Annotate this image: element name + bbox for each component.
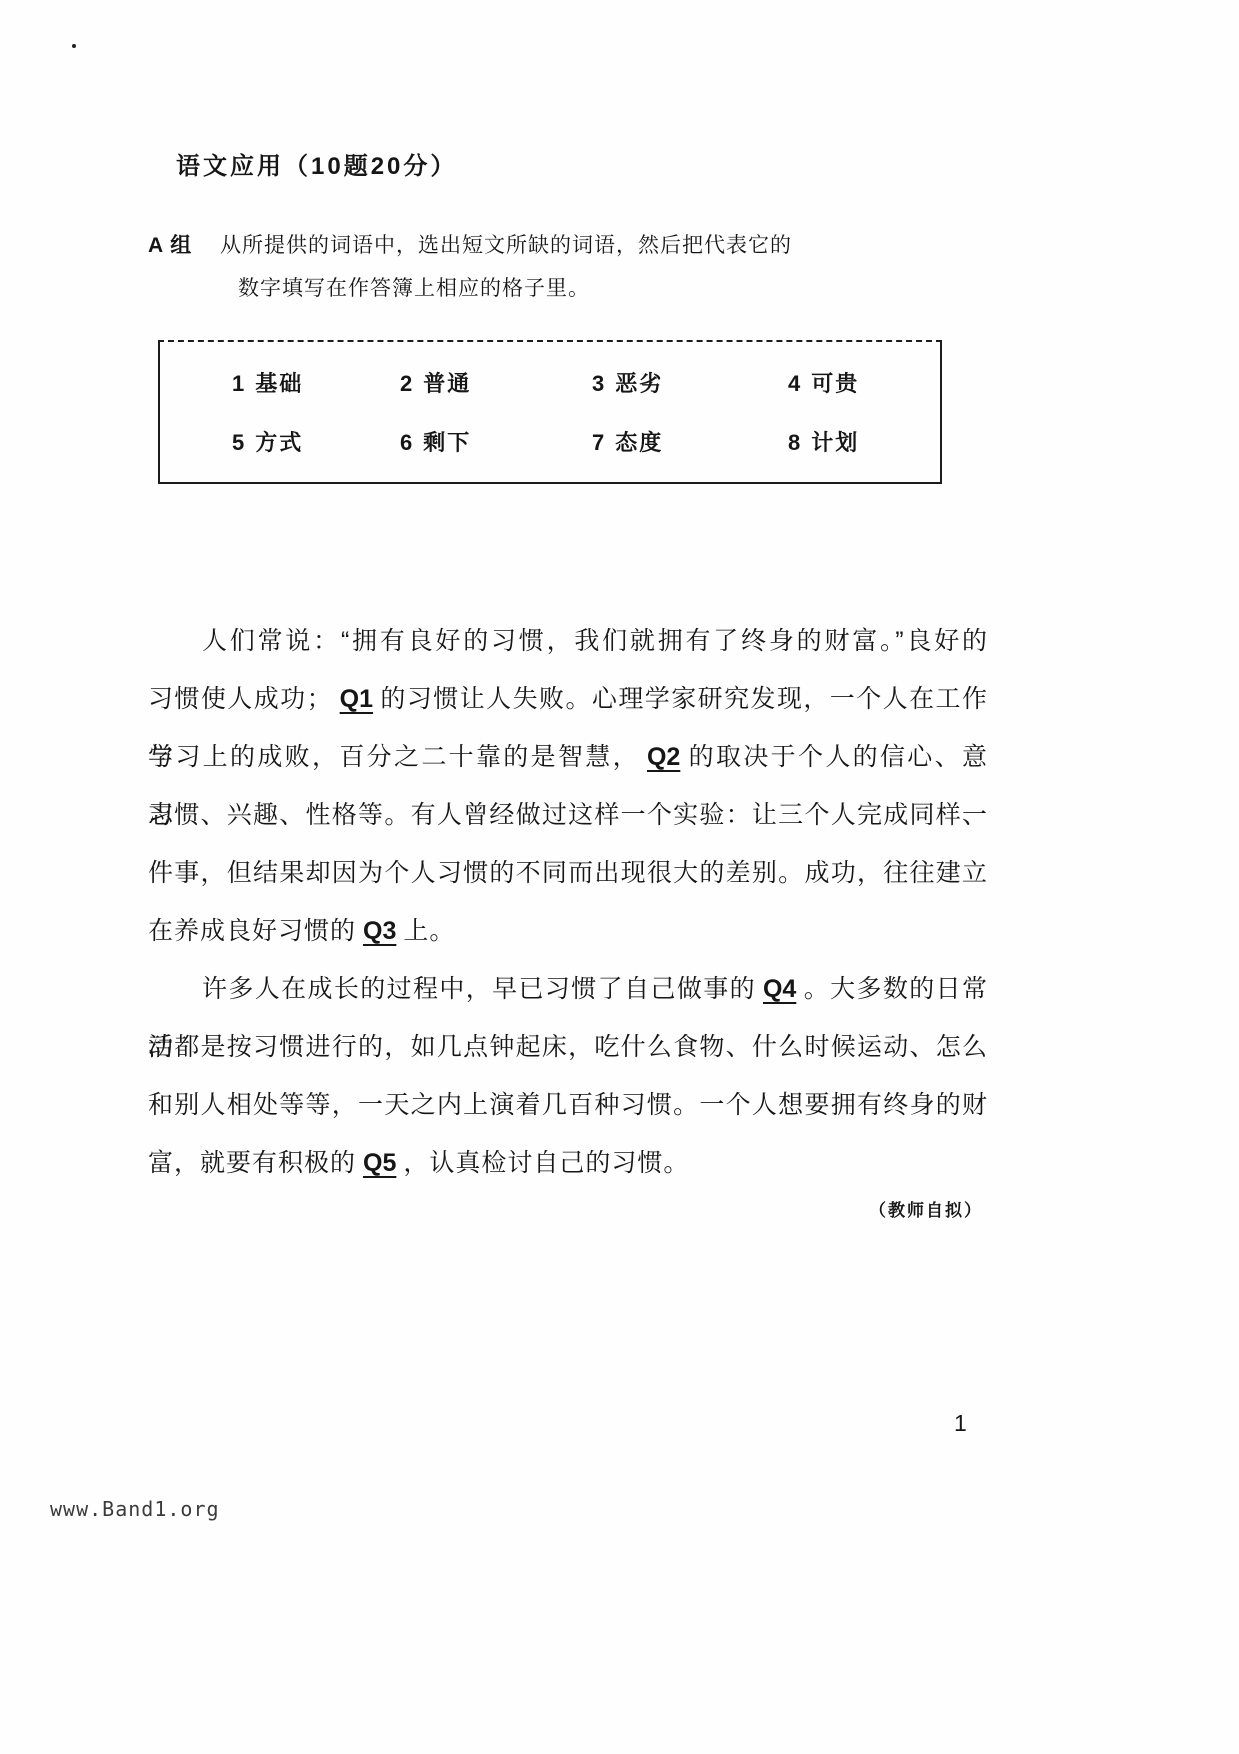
- blank-q5: Q5: [363, 1149, 396, 1177]
- word-bank-word: 态度: [615, 430, 663, 455]
- word-bank-word: 方式: [255, 430, 303, 455]
- watermark-url: www.Band1.org: [50, 1497, 220, 1521]
- instruction-line-1: 从所提供的词语中，选出短文所缺的词语，然后把代表它的: [220, 224, 792, 267]
- blank-q2: Q2: [647, 743, 680, 771]
- scanned-exam-page: 语文应用（10题20分） A 组 从所提供的词语中，选出短文所缺的词语，然后把代…: [0, 0, 1239, 1754]
- passage-text: 许多人在成长的过程中，早已习惯了自己做事的: [202, 975, 756, 1003]
- word-bank-number: 3: [592, 371, 606, 396]
- passage-line: 和别人相处等等，一天之内上演着几百种习惯。一个人想要拥有终身的财: [148, 1076, 988, 1134]
- word-bank-word: 可贵: [811, 371, 859, 396]
- blank-q1: Q1: [340, 685, 373, 713]
- passage-text: 习惯使人成功；: [148, 685, 333, 713]
- passage-text: 件事，但结果却因为个人习惯的不同而出现很大的差别。成功，往往建立: [148, 859, 988, 887]
- passage: 人们常说：“拥有良好的习惯，我们就拥有了终身的财富。”良好的习惯使人成功；Q1的…: [148, 612, 988, 1192]
- attribution-note: （教师自拟）: [869, 1196, 983, 1221]
- word-bank-word: 剩下: [423, 430, 471, 455]
- page-title: 语文应用（10题20分）: [176, 146, 457, 181]
- word-bank-number: 8: [788, 430, 802, 455]
- passage-text: 上。: [403, 917, 455, 945]
- word-bank-number: 1: [232, 371, 246, 396]
- word-bank-word: 普通: [423, 371, 471, 396]
- passage-line: 习惯使人成功；Q1的习惯让人失败。心理学家研究发现，一个人在工作与: [148, 670, 988, 728]
- passage-text: 和别人相处等等，一天之内上演着几百种习惯。一个人想要拥有终身的财: [148, 1091, 988, 1119]
- passage-line: 件事，但结果却因为个人习惯的不同而出现很大的差别。成功，往往建立: [148, 844, 988, 902]
- word-bank-item-3: 3恶劣: [592, 367, 788, 398]
- section-a-instruction: 从所提供的词语中，选出短文所缺的词语，然后把代表它的 数字填写在作答簿上相应的格…: [220, 224, 792, 310]
- word-bank-item-6: 6剩下: [400, 426, 592, 457]
- word-bank-number: 4: [788, 371, 802, 396]
- word-bank-number: 7: [592, 430, 606, 455]
- passage-text: 富，就要有积极的: [148, 1149, 356, 1177]
- instruction-line-2: 数字填写在作答簿上相应的格子里。: [220, 267, 792, 310]
- blank-q3: Q3: [363, 917, 396, 945]
- word-bank-box: 1基础2普通3恶劣4可贵5方式6剩下7态度8计划: [158, 340, 942, 484]
- passage-text: 习惯、兴趣、性格等。有人曾经做过这样一个实验：让三个人完成同样一: [148, 801, 988, 829]
- word-bank-item-5: 5方式: [232, 426, 400, 457]
- passage-line: 人们常说：“拥有良好的习惯，我们就拥有了终身的财富。”良好的: [148, 612, 988, 670]
- passage-text: 人们常说：“拥有良好的习惯，我们就拥有了终身的财富。”良好的: [202, 627, 988, 655]
- word-bank-item-7: 7态度: [592, 426, 788, 457]
- word-bank-item-4: 4可贵: [788, 367, 940, 398]
- passage-line: 富，就要有积极的Q5，认真检讨自己的习惯。: [148, 1134, 988, 1192]
- page-number: 1: [954, 1410, 967, 1437]
- word-bank-number: 2: [400, 371, 414, 396]
- section-a-label: A 组: [148, 224, 220, 267]
- scan-artifact-dot: [72, 44, 76, 48]
- passage-text: 动都是按习惯进行的，如几点钟起床，吃什么食物、什么时候运动、怎么: [148, 1033, 988, 1061]
- word-bank-word: 恶劣: [615, 371, 663, 396]
- passage-line: 学习上的成败，百分之二十靠的是智慧，Q2的取决于个人的信心、意志、: [148, 728, 988, 786]
- word-bank-word: 计划: [811, 430, 859, 455]
- word-bank-number: 5: [232, 430, 246, 455]
- passage-line: 习惯、兴趣、性格等。有人曾经做过这样一个实验：让三个人完成同样一: [148, 786, 988, 844]
- blank-q4: Q4: [763, 975, 796, 1003]
- word-bank-word: 基础: [255, 371, 303, 396]
- word-bank-item-1: 1基础: [232, 367, 400, 398]
- passage-text: 学习上的成败，百分之二十靠的是智慧，: [148, 743, 640, 771]
- passage-line: 许多人在成长的过程中，早已习惯了自己做事的Q4。大多数的日常活: [148, 960, 988, 1018]
- word-bank-item-8: 8计划: [788, 426, 940, 457]
- section-a: A 组 从所提供的词语中，选出短文所缺的词语，然后把代表它的 数字填写在作答簿上…: [148, 224, 928, 310]
- word-bank-number: 6: [400, 430, 414, 455]
- word-bank-item-2: 2普通: [400, 367, 592, 398]
- passage-line: 在养成良好习惯的Q3上。: [148, 902, 988, 960]
- passage-text: 在养成良好习惯的: [148, 917, 356, 945]
- passage-text: ，认真检讨自己的习惯。: [403, 1149, 689, 1177]
- passage-line: 动都是按习惯进行的，如几点钟起床，吃什么食物、什么时候运动、怎么: [148, 1018, 988, 1076]
